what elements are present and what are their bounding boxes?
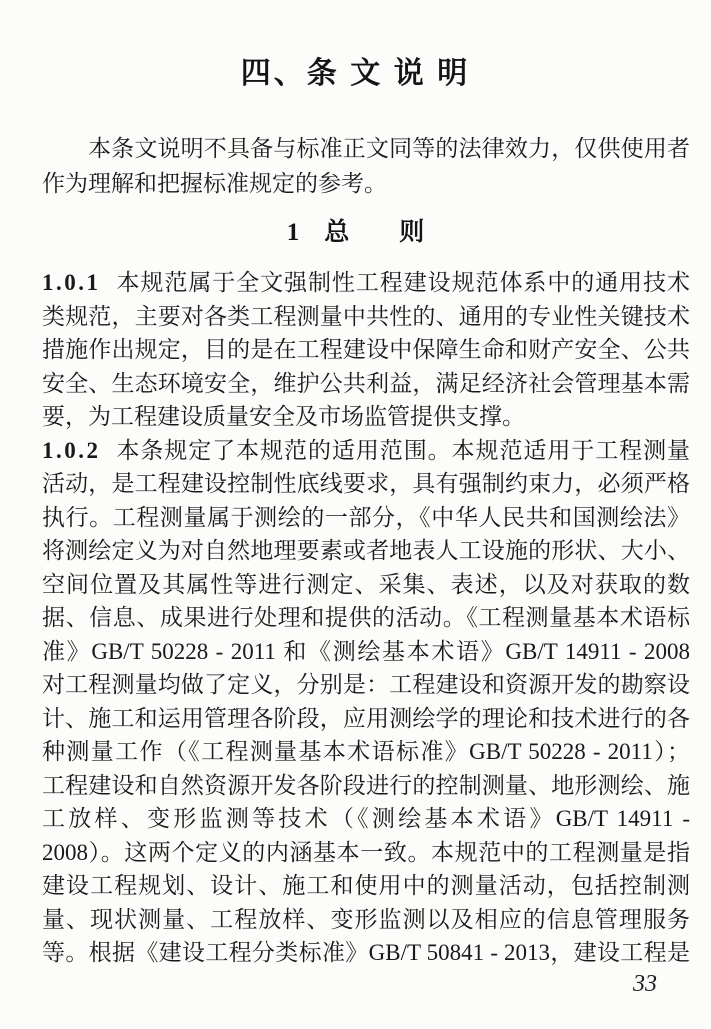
text-line: 据、信息、成果进行处理和提供的活动。《工程测量基本术语标 <box>42 601 690 635</box>
text-line: 执行。工程测量属于测绘的一部分，《中华人民共和国测绘法》 <box>42 501 690 535</box>
page-number: 33 <box>633 971 657 998</box>
text-line: 等。根据《建设工程分类标准》GB/T 50841 - 2013，建设工程是 <box>42 936 690 970</box>
text-line: 对工程测量均做了定义，分别是：工程建设和资源开发的勘察设 <box>42 668 690 702</box>
text-line: 空间位置及其属性等进行测定、采集、表述，以及对获取的数 <box>42 568 690 602</box>
text-line: 本条文说明不具备与标准正文同等的法律效力，仅供使用者 <box>42 131 690 166</box>
text-line: 工放样、变形监测等技术（《测绘基本术语》GB/T 14911 - <box>42 802 690 836</box>
text-line: 2008）。这两个定义的内涵基本一致。本规范中的工程测量是指 <box>42 836 690 870</box>
clause-line-text: 本规范属于全文强制性工程建设规范体系中的通用技术 <box>116 270 691 295</box>
text-line: 建设工程规划、设计、施工和使用中的测量活动，包括控制测 <box>42 869 690 903</box>
text-line: 要，为工程建设质量安全及市场监管提供支撑。 <box>42 400 690 434</box>
text-line: 措施作出规定，目的是在工程建设中保障生命和财产安全、公共 <box>42 333 690 367</box>
text-line: 种测量工作（《工程测量基本术语标准》GB/T 50228 - 2011）； <box>42 735 690 769</box>
clause-number: 1.0.2 <box>42 438 101 463</box>
clause-text: 1.0.1本规范属于全文强制性工程建设规范体系中的通用技术类规范，主要对各类工程… <box>42 266 690 970</box>
intro-paragraph: 本条文说明不具备与标准正文同等的法律效力，仅供使用者作为理解和把握标准规定的参考… <box>42 131 690 201</box>
text-line: 将测绘定义为对自然地理要素或者地表人工设施的形状、大小、 <box>42 534 690 568</box>
page-title: 四、条 文 说 明 <box>0 48 711 92</box>
document-page: 四、条 文 说 明 本条文说明不具备与标准正文同等的法律效力，仅供使用者作为理解… <box>0 0 711 1029</box>
section-heading: 1 总 则 <box>0 212 711 248</box>
text-line: 安全、生态环境安全，维护公共利益，满足经济社会管理基本需 <box>42 367 690 401</box>
text-line: 1.0.2本条规定了本规范的适用范围。本规范适用于工程测量 <box>42 434 690 468</box>
text-line: 活动，是工程建设控制性底线要求，具有强制约束力，必须严格 <box>42 467 690 501</box>
text-line: 工程建设和自然资源开发各阶段进行的控制测量、地形测绘、施 <box>42 769 690 803</box>
text-line: 1.0.1本规范属于全文强制性工程建设规范体系中的通用技术 <box>42 266 690 300</box>
text-line: 量、现状测量、工程放样、变形监测以及相应的信息管理服务 <box>42 903 690 937</box>
text-line: 准》GB/T 50228 - 2011 和《测绘基本术语》GB/T 14911 … <box>42 635 690 669</box>
clause-number: 1.0.1 <box>42 270 101 295</box>
text-line: 作为理解和把握标准规定的参考。 <box>42 166 690 201</box>
clause-line-text: 本条规定了本规范的适用范围。本规范适用于工程测量 <box>116 438 691 463</box>
text-line: 计、施工和运用管理各阶段，应用测绘学的理论和技术进行的各 <box>42 702 690 736</box>
text-line: 类规范，主要对各类工程测量中共性的、通用的专业性关键技术 <box>42 300 690 334</box>
